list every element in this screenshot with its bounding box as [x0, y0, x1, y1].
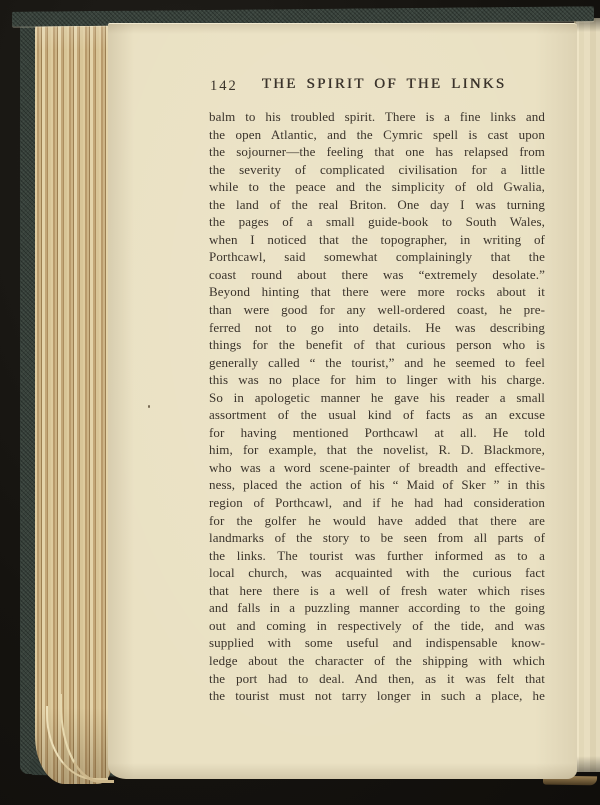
- text-line: generally called “ the tourist,” and he …: [209, 354, 545, 372]
- text-line: while to the peace and the simplicity of…: [209, 178, 545, 196]
- text-line: ness, placed the action of his “ Maid of…: [209, 476, 545, 494]
- text-line: the links. The tourist was further infor…: [209, 547, 545, 565]
- text-line: Beyond hinting that there were more rock…: [209, 283, 545, 301]
- text-line: for having mentioned Porthcawl at all. H…: [209, 424, 545, 442]
- text-line: the open Atlantic, and the Cymric spell …: [209, 126, 545, 144]
- text-line: So in apologetic manner he gave his read…: [209, 389, 545, 407]
- text-line: local church, was acquainted with the cu…: [209, 564, 545, 582]
- page-stack-deckle-edges: [35, 20, 112, 784]
- page-header: 142 THE SPIRIT OF THE LINKS: [209, 76, 545, 96]
- text-line: the pages of a small guide-book to South…: [209, 213, 545, 231]
- text-line: for the golfer he would have added that …: [209, 512, 545, 530]
- text-line: ledge about the character of the shippin…: [209, 652, 545, 670]
- book-fore-edge: [574, 18, 600, 772]
- text-line: when I noticed that the topographer, in …: [209, 231, 545, 249]
- text-line: region of Porthcawl, and if he had had c…: [209, 494, 545, 512]
- text-line: the sojourner—the feeling that one has r…: [209, 143, 545, 161]
- text-line: assortment of the usual kind of facts as…: [209, 406, 545, 424]
- text-line: the land of the real Briton. One day I w…: [209, 196, 545, 214]
- running-title: THE SPIRIT OF THE LINKS: [209, 76, 545, 93]
- page-number: 142: [210, 78, 238, 95]
- text-line: this was no place for him to linger with…: [209, 371, 545, 389]
- text-line: than were good for any well-ordered coas…: [209, 301, 545, 319]
- text-line: that here there is a well of fresh water…: [209, 582, 545, 600]
- text-line: landmarks of the story to be seen from a…: [209, 529, 545, 547]
- text-line: coast round about there was “extremely d…: [209, 266, 545, 284]
- text-line: and falls in a puzzling manner according…: [209, 599, 545, 617]
- text-line: him, for example, that the novelist, R. …: [209, 441, 545, 459]
- text-line: the port had to deal. And then, as it wa…: [209, 670, 545, 688]
- page-speck: [148, 405, 150, 408]
- photo-backdrop: 142 THE SPIRIT OF THE LINKS balm to his …: [0, 0, 600, 805]
- text-line: the severity of complicated civilisation…: [209, 161, 545, 179]
- text-line: things for the benefit of that curious p…: [209, 336, 545, 354]
- text-line: Porthcawl, said somewhat complainingly t…: [209, 248, 545, 266]
- text-line: out and coming in respectively of the ti…: [209, 617, 545, 635]
- book-page: 142 THE SPIRIT OF THE LINKS balm to his …: [108, 23, 577, 779]
- text-line: ferred not to go into details. He was de…: [209, 319, 545, 337]
- page-body-text: balm to his troubled spirit. There is a …: [209, 108, 545, 705]
- text-line: who was a word scene-painter of breadth …: [209, 459, 545, 477]
- text-line: supplied with some useful and indispensa…: [209, 634, 545, 652]
- text-line: balm to his troubled spirit. There is a …: [209, 108, 545, 126]
- text-line: the tourist must not tarry longer in suc…: [209, 687, 545, 705]
